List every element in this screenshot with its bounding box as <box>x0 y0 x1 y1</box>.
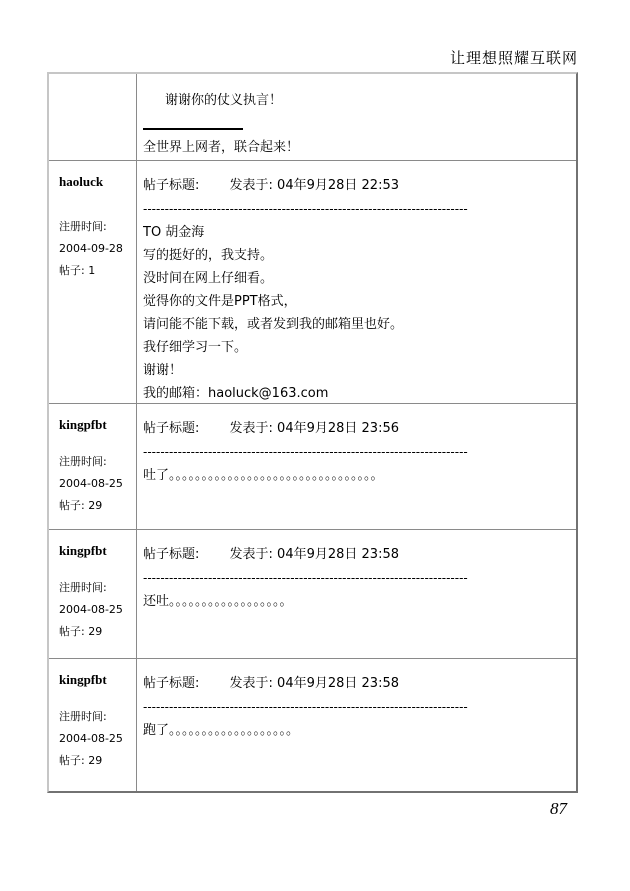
register-date: 2004-09-28 <box>59 238 132 260</box>
author-info: 注册时间: 2004-09-28 帖子: 1 <box>59 216 132 282</box>
post-title-label: 帖子标题: <box>143 676 199 691</box>
register-time-label: 注册时间: <box>59 706 132 728</box>
post-body: 吐了。。。。。。。。。。。。。。。。。。。。。。。。。。。。。。。。 <box>143 464 568 487</box>
post-count: 帖子: 29 <box>59 495 132 517</box>
post-divider-dashes: ----------------------------------------… <box>143 571 568 586</box>
author-cell-empty <box>49 74 137 160</box>
post-body-line: 谢谢！ <box>143 359 568 382</box>
post-body-line: 谢谢你的仗义执言！ <box>165 89 568 108</box>
post-title-label: 帖子标题: <box>143 547 199 562</box>
author-info: 注册时间: 2004-08-25 帖子: 29 <box>59 706 132 772</box>
post-row: kingpfbt 注册时间: 2004-08-25 帖子: 29 帖子标题: 发… <box>49 529 576 658</box>
post-timestamp: 发表于: 04年9月28日 23:56 <box>230 421 399 436</box>
author-cell: kingpfbt 注册时间: 2004-08-25 帖子: 29 <box>49 659 137 791</box>
post-title-line: 帖子标题: 发表于: 04年9月28日 22:53 <box>143 174 568 193</box>
post-count: 帖子: 29 <box>59 750 132 772</box>
post-content-cell: 谢谢你的仗义执言！ 全世界上网者，联合起来！ <box>137 74 576 160</box>
post-content-cell: 帖子标题: 发表于: 04年9月28日 23:56 --------------… <box>137 404 576 529</box>
post-title-label: 帖子标题: <box>143 421 199 436</box>
post-body: 还吐。。。。。。。。。。。。。。。。。。 <box>143 590 568 613</box>
register-time-label: 注册时间: <box>59 451 132 473</box>
post-body-line: 还吐。。。。。。。。。。。。。。。。。。 <box>143 590 568 613</box>
author-name: kingpfbt <box>59 543 132 559</box>
post-body: TO 胡金海 写的挺好的，我支持。 没时间在网上仔细看。 觉得你的文件是PPT格… <box>143 221 568 403</box>
register-time-label: 注册时间: <box>59 216 132 238</box>
post-body-line: 觉得你的文件是PPT格式， <box>143 290 568 313</box>
post-count: 帖子: 1 <box>59 260 132 282</box>
post-body-line: TO 胡金海 <box>143 221 568 244</box>
post-divider-dashes: ----------------------------------------… <box>143 202 568 217</box>
author-name: kingpfbt <box>59 672 132 688</box>
signature-divider <box>143 128 243 130</box>
post-row: haoluck 注册时间: 2004-09-28 帖子: 1 帖子标题: 发表于… <box>49 160 576 403</box>
forum-posts-table: 谢谢你的仗义执言！ 全世界上网者，联合起来！ haoluck 注册时间: 200… <box>47 72 578 793</box>
post-row: kingpfbt 注册时间: 2004-08-25 帖子: 29 帖子标题: 发… <box>49 658 576 791</box>
post-body-line: 没时间在网上仔细看。 <box>143 267 568 290</box>
register-date: 2004-08-25 <box>59 728 132 750</box>
page-number: 87 <box>47 799 567 819</box>
post-title-label: 帖子标题: <box>143 178 199 193</box>
author-cell: kingpfbt 注册时间: 2004-08-25 帖子: 29 <box>49 530 137 658</box>
post-timestamp: 发表于: 04年9月28日 23:58 <box>230 676 399 691</box>
register-date: 2004-08-25 <box>59 473 132 495</box>
post-title-line: 帖子标题: 发表于: 04年9月28日 23:58 <box>143 672 568 691</box>
post-divider-dashes: ----------------------------------------… <box>143 445 568 460</box>
author-cell: kingpfbt 注册时间: 2004-08-25 帖子: 29 <box>49 404 137 529</box>
author-cell: haoluck 注册时间: 2004-09-28 帖子: 1 <box>49 161 137 403</box>
post-body-line-email: 我的邮箱：haoluck@163.com <box>143 382 568 403</box>
post-content-cell: 帖子标题: 发表于: 04年9月28日 23:58 --------------… <box>137 530 576 658</box>
post-body-line: 我仔细学习一下。 <box>143 336 568 359</box>
post-content-cell: 帖子标题: 发表于: 04年9月28日 23:58 --------------… <box>137 659 576 791</box>
signature-text: 全世界上网者，联合起来！ <box>143 136 568 155</box>
register-time-label: 注册时间: <box>59 577 132 599</box>
post-body-line: 跑了。。。。。。。。。。。。。。。。。。。 <box>143 719 568 742</box>
post-row-continuation: 谢谢你的仗义执言！ 全世界上网者，联合起来！ <box>49 74 576 160</box>
author-name: haoluck <box>59 174 132 190</box>
post-row: kingpfbt 注册时间: 2004-08-25 帖子: 29 帖子标题: 发… <box>49 403 576 529</box>
post-count: 帖子: 29 <box>59 621 132 643</box>
post-body: 跑了。。。。。。。。。。。。。。。。。。。 <box>143 719 568 742</box>
post-body-line: 请问能不能下载，或者发到我的邮箱里也好。 <box>143 313 568 336</box>
post-title-line: 帖子标题: 发表于: 04年9月28日 23:56 <box>143 417 568 436</box>
post-timestamp: 发表于: 04年9月28日 22:53 <box>230 178 399 193</box>
author-info: 注册时间: 2004-08-25 帖子: 29 <box>59 577 132 643</box>
post-divider-dashes: ----------------------------------------… <box>143 700 568 715</box>
post-content-cell: 帖子标题: 发表于: 04年9月28日 22:53 --------------… <box>137 161 576 403</box>
post-timestamp: 发表于: 04年9月28日 23:58 <box>230 547 399 562</box>
post-body-line: 写的挺好的，我支持。 <box>143 244 568 267</box>
register-date: 2004-08-25 <box>59 599 132 621</box>
post-body-line: 吐了。。。。。。。。。。。。。。。。。。。。。。。。。。。。。。。。 <box>143 464 568 487</box>
post-title-line: 帖子标题: 发表于: 04年9月28日 23:58 <box>143 543 568 562</box>
author-name: kingpfbt <box>59 417 132 433</box>
page-header-title: 让理想照耀互联网 <box>47 47 578 68</box>
author-info: 注册时间: 2004-08-25 帖子: 29 <box>59 451 132 517</box>
